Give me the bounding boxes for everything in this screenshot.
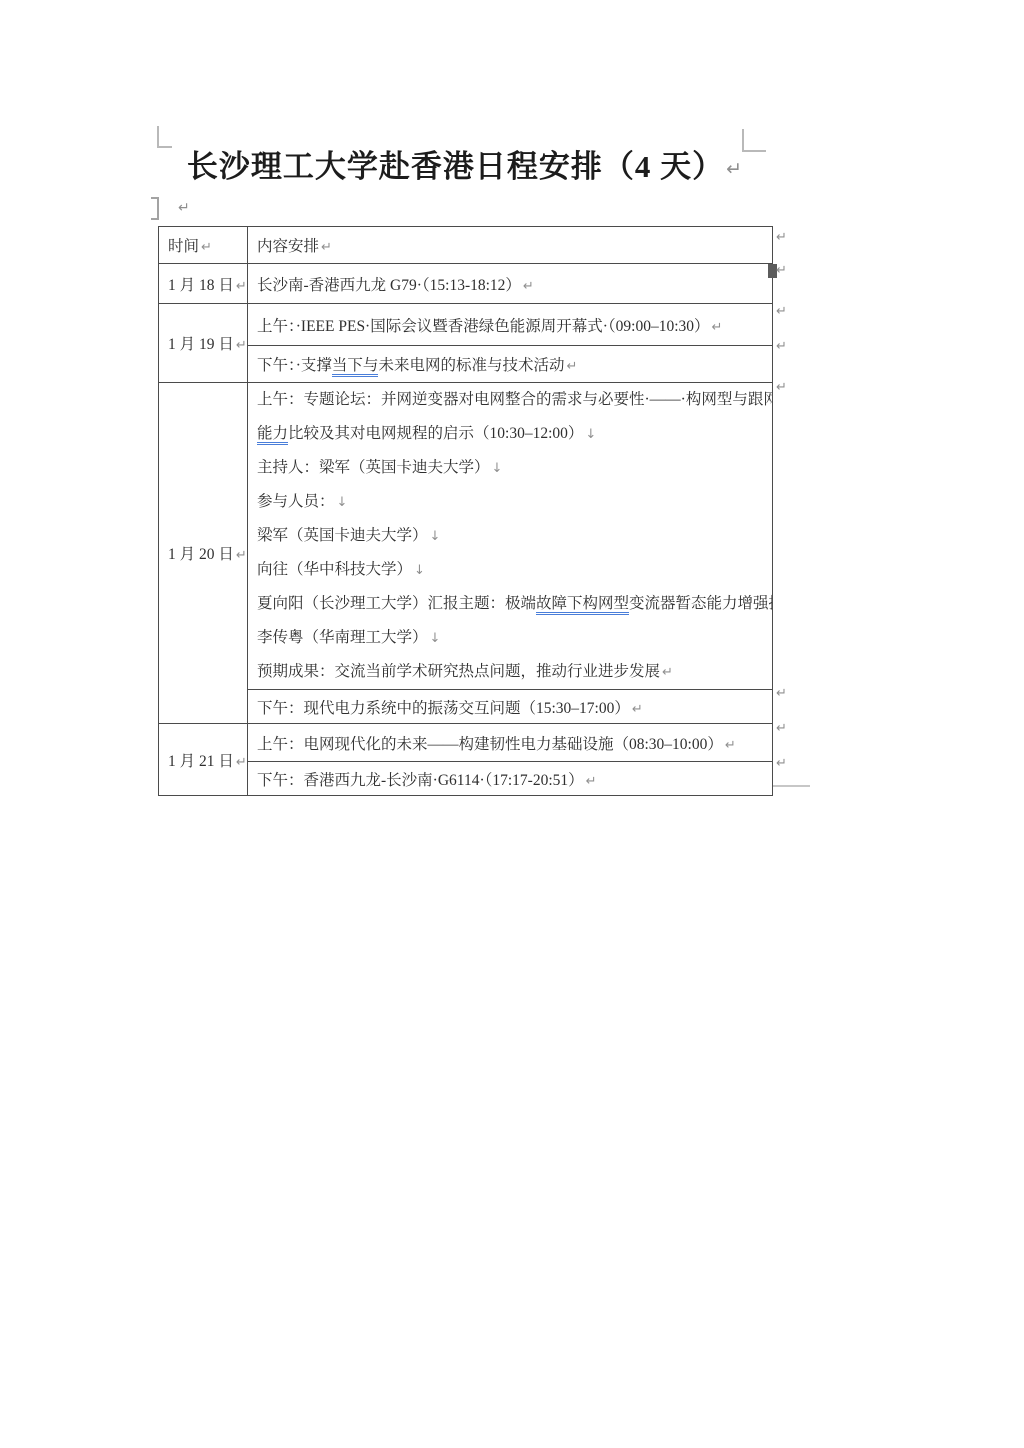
schedule-text: 下午：香港西九龙-长沙南·G6114·（17:17-20:51） xyxy=(257,772,584,789)
row-end-mark-icon: ↵ xyxy=(776,380,787,395)
participant-line: 向往（华中科技大学）↓ xyxy=(257,553,766,587)
table-header-row: 时间↵ 内容安排↵ xyxy=(159,227,773,264)
content-cell-jan20-am[interactable]: 上午：专题论坛：并网逆变器对电网整合的需求与必要性·——·构网型与跟网型 能力比… xyxy=(248,383,773,690)
participant-line: 夏向阳（长沙理工大学）汇报主题：极端故障下构网型变流器暂态能力增强技术↓ xyxy=(257,587,766,621)
table-row-jan20-pm: 下午：现代电力系统中的振荡交互问题（15:30–17:00）↵ xyxy=(159,690,773,724)
line-break-mark-icon: ↓ xyxy=(430,631,441,646)
paragraph-mark-icon: ↵ xyxy=(662,665,673,680)
paragraph-mark-icon: ↵ xyxy=(712,320,723,335)
header-time-label: 时间 xyxy=(168,238,199,255)
line-break-mark-icon: ↓ xyxy=(492,461,503,476)
expected-outcome-line: 预期成果：交流当前学术研究热点问题，推动行业进步发展↵ xyxy=(257,655,766,689)
date-label: 1 月 18 日 xyxy=(168,277,234,294)
row-end-mark-icon: ↵ xyxy=(776,304,787,319)
schedule-text: 未来电网的标准与技术活动 xyxy=(378,357,564,374)
paragraph-mark-icon: ↵ xyxy=(523,279,534,294)
paragraph-mark-icon: ↵ xyxy=(236,279,247,294)
schedule-text: 上午：电网现代化的未来——构建韧性电力基础设施（08:30–10:00） xyxy=(257,736,723,753)
header-content-label: 内容安排 xyxy=(257,238,319,255)
schedule-text: 长沙南-香港西九龙 G79·（15:13-18:12） xyxy=(257,277,521,294)
title-text: 长沙理工大学赴香港日程安排（4 天） xyxy=(187,149,724,184)
paragraph-mark-icon: ↵ xyxy=(726,158,743,180)
schedule-text: 下午：现代电力系统中的振荡交互问题（15:30–17:00） xyxy=(257,700,630,717)
schedule-table: 时间↵ 内容安排↵ 1 月 18 日↵ 长沙南-香港西九龙 G79·（15:13… xyxy=(158,226,773,796)
paragraph-mark-icon: ↵ xyxy=(586,774,597,789)
row-end-mark-icon: ↵ xyxy=(776,686,787,701)
content-cell-jan19-am[interactable]: 上午：·IEEE PES·国际会议暨香港绿色能源周开幕式·（09:00–10:3… xyxy=(248,304,773,346)
table-row-jan21-am: 1 月 21 日↵ 上午：电网现代化的未来——构建韧性电力基础设施（08:30–… xyxy=(159,724,773,762)
row-end-mark-icon: ↵ xyxy=(776,230,787,245)
header-cell-time[interactable]: 时间↵ xyxy=(159,227,248,264)
bookmark-bracket-icon xyxy=(151,197,159,220)
header-cell-content[interactable]: 内容安排↵ xyxy=(248,227,773,264)
date-cell-jan19[interactable]: 1 月 19 日↵ xyxy=(159,304,248,383)
grammar-flagged-text: 能力 xyxy=(257,425,288,445)
document-page: 长沙理工大学赴香港日程安排（4 天）↵ ↵ 时间↵ 内容安排↵ 1 月 18 日… xyxy=(0,0,1024,1448)
table-row-jan19-am: 1 月 19 日↵ 上午：·IEEE PES·国际会议暨香港绿色能源周开幕式·（… xyxy=(159,304,773,346)
participant-line: 梁军（英国卡迪夫大学）↓ xyxy=(257,519,766,553)
row-end-mark-icon: ↵ xyxy=(776,263,787,278)
document-title[interactable]: 长沙理工大学赴香港日程安排（4 天）↵ xyxy=(158,145,772,189)
content-cell-jan21-pm[interactable]: 下午：香港西九龙-长沙南·G6114·（17:17-20:51）↵ xyxy=(248,762,773,796)
table-row-jan19-pm: 下午：·支撑当下与未来电网的标准与技术活动↵ xyxy=(159,346,773,383)
row-end-mark-icon: ↵ xyxy=(776,339,787,354)
row-end-mark-icon: ↵ xyxy=(776,721,787,736)
paragraph-mark-icon: ↵ xyxy=(236,548,247,563)
date-label: 1 月 20 日 xyxy=(168,546,234,563)
line-break-mark-icon: ↓ xyxy=(337,495,348,510)
paragraph-mark-icon: ↵ xyxy=(236,338,247,353)
paragraph-mark-icon: ↵ xyxy=(321,240,332,255)
date-cell-jan20[interactable]: 1 月 20 日↵ xyxy=(159,383,248,724)
date-label: 1 月 21 日 xyxy=(168,753,234,770)
content-cell-jan18[interactable]: 长沙南-香港西九龙 G79·（15:13-18:12）↵ xyxy=(248,264,773,304)
forum-title-line2: 能力比较及其对电网规程的启示（10:30–12:00）↓ xyxy=(257,417,766,451)
paragraph-mark-icon: ↵ xyxy=(725,738,736,753)
table-row-jan20-am: 1 月 20 日↵ 上午：专题论坛：并网逆变器对电网整合的需求与必要性·——·构… xyxy=(159,383,773,690)
grammar-flagged-text: 当下与 xyxy=(332,357,379,377)
date-label: 1 月 19 日 xyxy=(168,336,234,353)
text-boundary-dash xyxy=(773,785,810,787)
host-line: 主持人：梁军（英国卡迪夫大学）↓ xyxy=(257,451,766,485)
date-cell-jan21[interactable]: 1 月 21 日↵ xyxy=(159,724,248,796)
date-cell-jan18[interactable]: 1 月 18 日↵ xyxy=(159,264,248,304)
content-cell-jan19-pm[interactable]: 下午：·支撑当下与未来电网的标准与技术活动↵ xyxy=(248,346,773,383)
line-break-mark-icon: ↓ xyxy=(414,563,425,578)
schedule-text: 下午：·支撑 xyxy=(257,357,332,374)
participant-line: 李传粤（华南理工大学）↓ xyxy=(257,621,766,655)
row-end-mark-icon: ↵ xyxy=(776,756,787,771)
line-break-mark-icon: ↓ xyxy=(430,529,441,544)
forum-title-line1: 上午：专题论坛：并网逆变器对电网整合的需求与必要性·——·构网型与跟网型 xyxy=(257,383,766,417)
paragraph-mark-icon: ↵ xyxy=(236,755,247,770)
paragraph-mark-icon: ↵ xyxy=(566,359,577,374)
empty-paragraph-mark-icon: ↵ xyxy=(178,200,190,216)
content-cell-jan21-am[interactable]: 上午：电网现代化的未来——构建韧性电力基础设施（08:30–10:00）↵ xyxy=(248,724,773,762)
line-break-mark-icon: ↓ xyxy=(585,427,596,442)
schedule-text: 上午：·IEEE PES·国际会议暨香港绿色能源周开幕式·（09:00–10:3… xyxy=(257,318,710,335)
content-cell-jan20-pm[interactable]: 下午：现代电力系统中的振荡交互问题（15:30–17:00）↵ xyxy=(248,690,773,724)
paragraph-mark-icon: ↵ xyxy=(201,240,212,255)
participants-label-line: 参与人员：↓ xyxy=(257,485,766,519)
table-row-jan18: 1 月 18 日↵ 长沙南-香港西九龙 G79·（15:13-18:12）↵ xyxy=(159,264,773,304)
table-row-jan21-pm: 下午：香港西九龙-长沙南·G6114·（17:17-20:51）↵ xyxy=(159,762,773,796)
grammar-flagged-text: 故障下构网型 xyxy=(536,595,629,615)
paragraph-mark-icon: ↵ xyxy=(632,702,643,717)
